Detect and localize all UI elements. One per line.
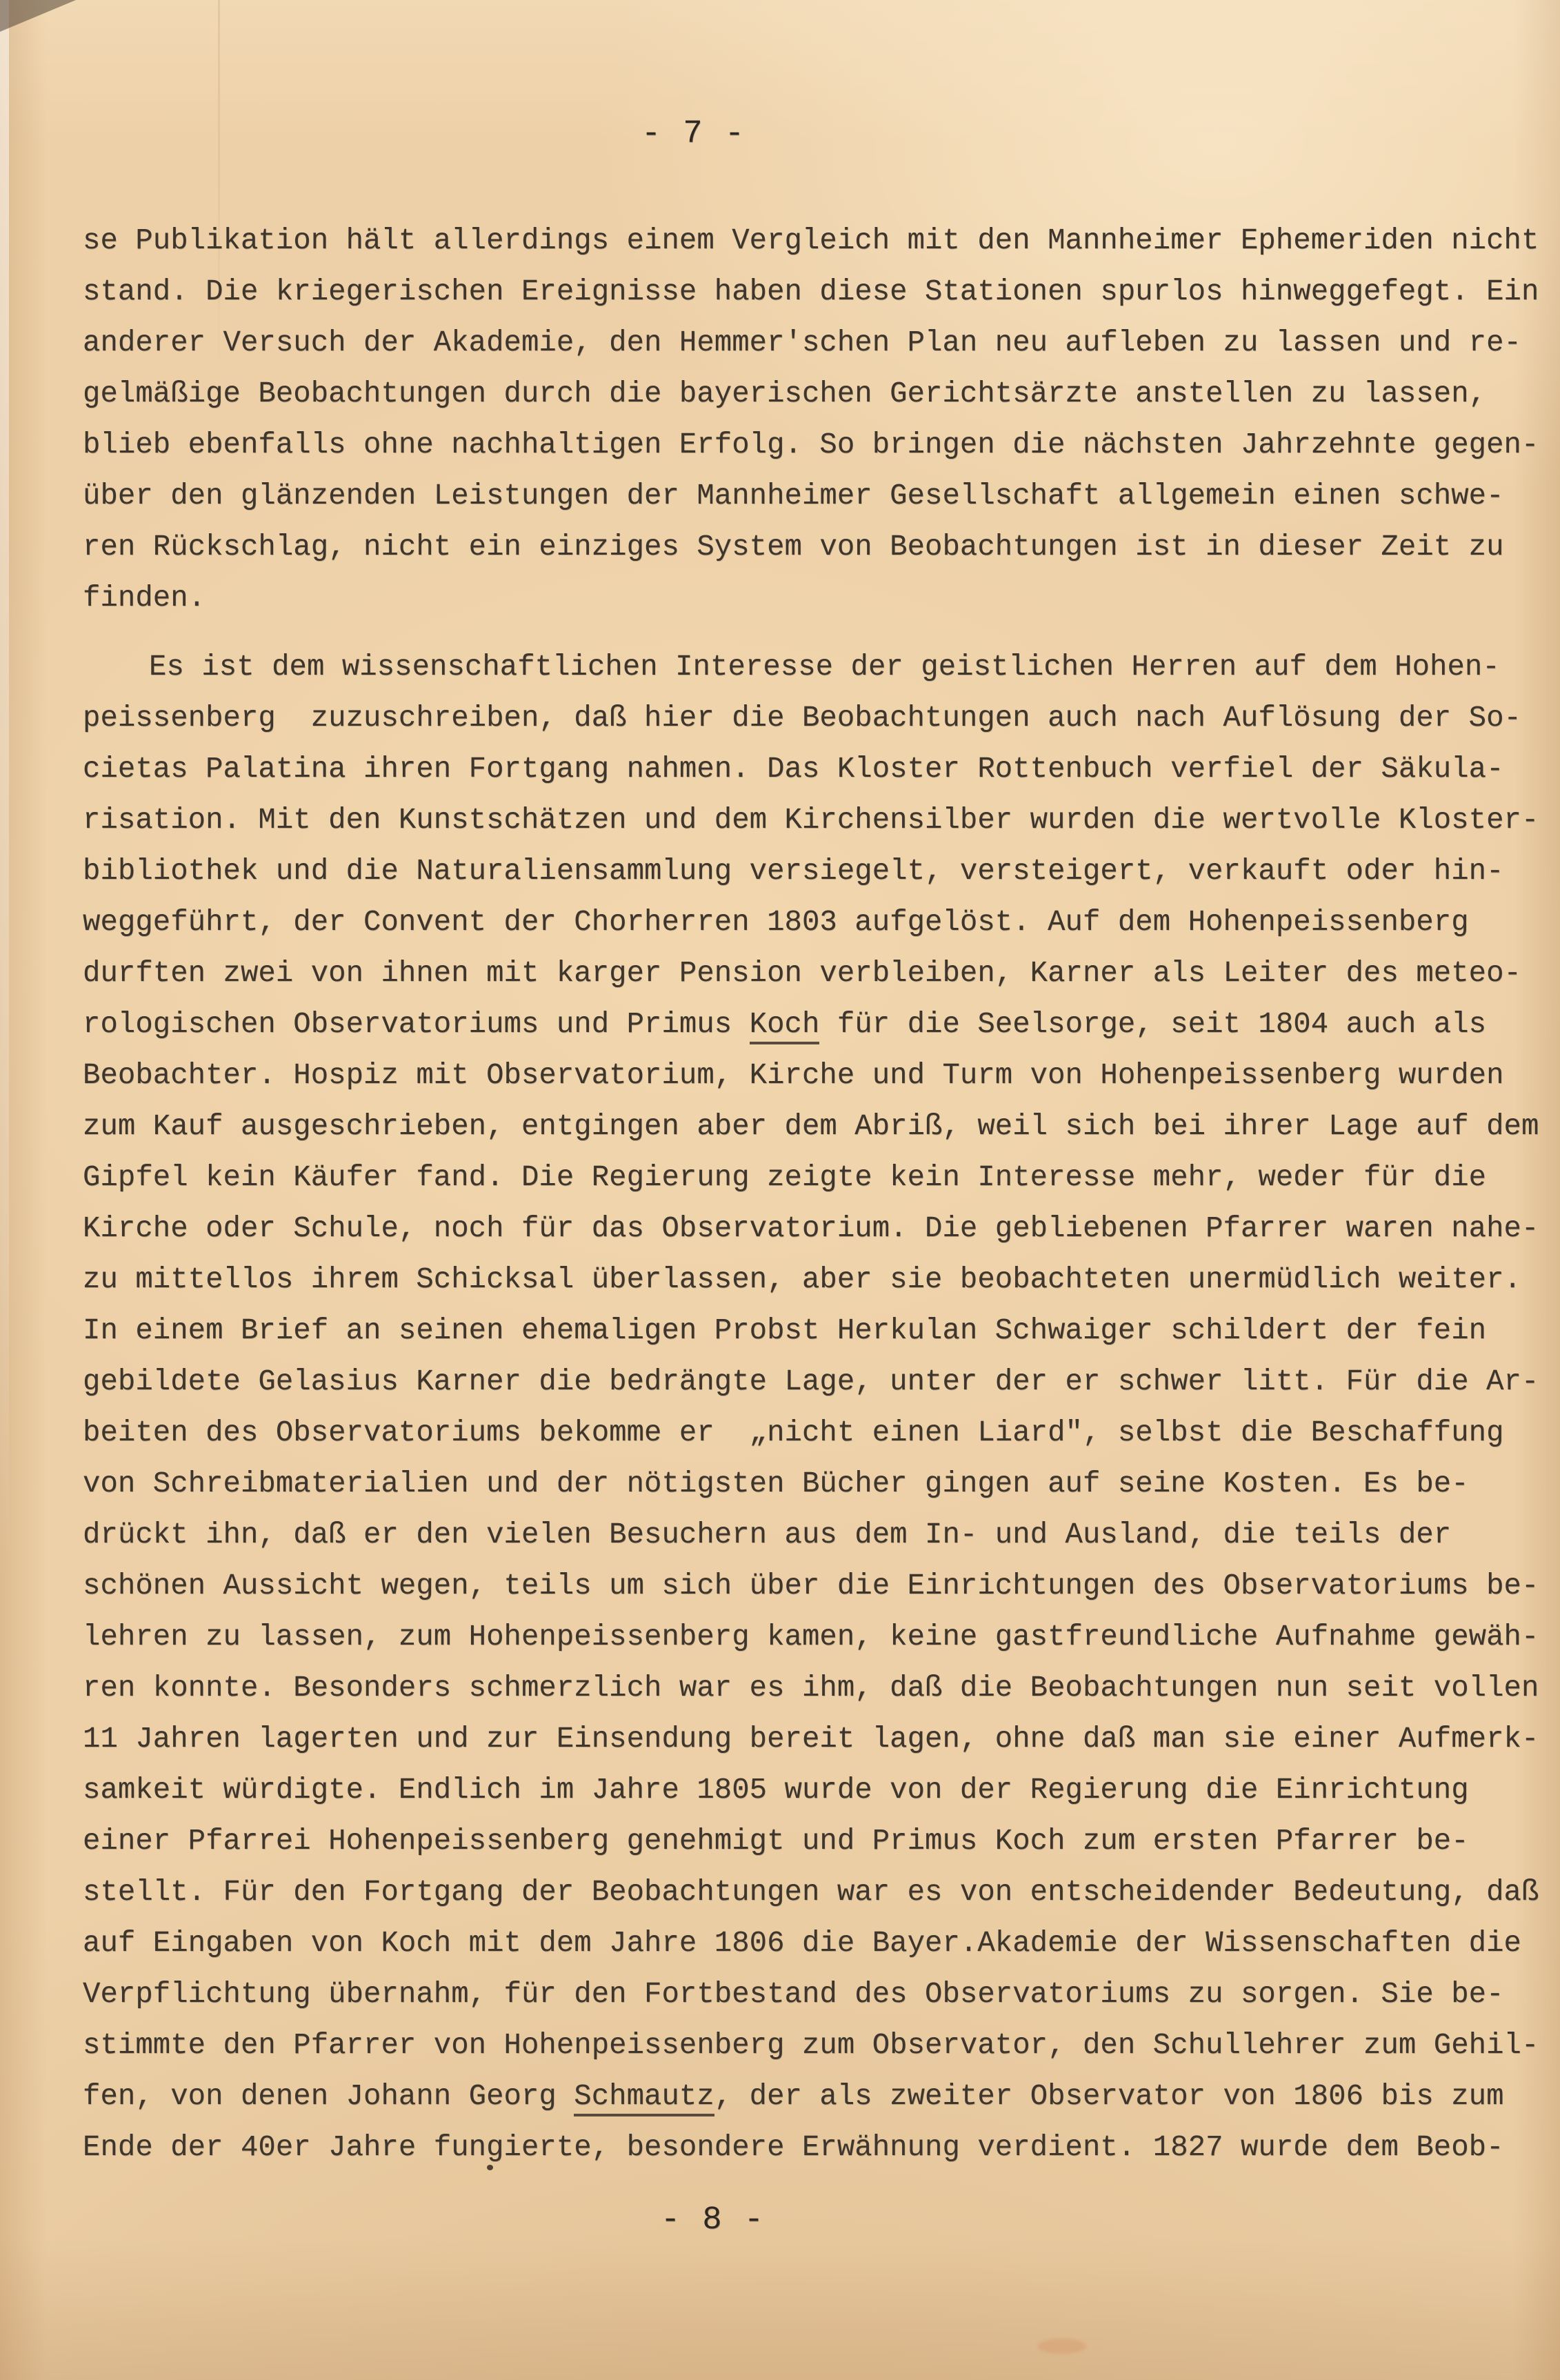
text-line: von Schreibmaterialien und der nötigsten…: [83, 1458, 1545, 1509]
text-line: zu mittellos ihrem Schicksal überlassen,…: [83, 1254, 1545, 1305]
text-line: beiten des Observatoriums bekomme er „ni…: [83, 1407, 1545, 1458]
page-number-bottom: - 8 -: [661, 2202, 765, 2239]
text-line: samkeit würdigte. Endlich im Jahre 1805 …: [83, 1765, 1545, 1816]
text-line: einer Pfarrei Hohenpeissenberg genehmigt…: [83, 1816, 1545, 1867]
text-line: gelmäßige Beobachtungen durch die bayeri…: [83, 368, 1545, 419]
text-line: über den glänzenden Leistungen der Mannh…: [83, 470, 1545, 522]
text-line: anderer Versuch der Akademie, den Hemmer…: [83, 317, 1545, 368]
text-line: finden.: [83, 573, 1545, 624]
text-line: cietas Palatina ihren Fortgang nahmen. D…: [83, 744, 1545, 795]
text-line: Es ist dem wissenschaftlichen Interesse …: [83, 642, 1545, 693]
text-line: Kirche oder Schule, noch für das Observa…: [83, 1203, 1545, 1254]
text-line: fen, von denen Johann Georg Schmautz, de…: [83, 2071, 1545, 2122]
text-line: rologischen Observatoriums und Primus Ko…: [83, 999, 1545, 1050]
text-line: Verpflichtung übernahm, für den Fortbest…: [83, 1969, 1545, 2020]
text-line: stellt. Für den Fortgang der Beobachtung…: [83, 1867, 1545, 1918]
page-number-top: - 7 -: [641, 116, 746, 152]
text-line: blieb ebenfalls ohne nachhaltigen Erfolg…: [83, 419, 1545, 470]
underlined-text: Schmautz: [574, 2080, 714, 2116]
text-line: durften zwei von ihnen mit karger Pensio…: [83, 948, 1545, 999]
document-text: se Publikation hält allerdings einem Ver…: [83, 215, 1545, 2173]
text-line: auf Eingaben von Koch mit dem Jahre 1806…: [83, 1918, 1545, 1969]
text-line: peissenberg zuzuschreiben, daß hier die …: [83, 693, 1545, 744]
text-line: Beobachter. Hospiz mit Observatorium, Ki…: [83, 1050, 1545, 1101]
text-line: Gipfel kein Käufer fand. Die Regierung z…: [83, 1152, 1545, 1203]
text-line: stand. Die kriegerischen Ereignisse habe…: [83, 266, 1545, 317]
text-line: weggeführt, der Convent der Chorherren 1…: [83, 897, 1545, 948]
paragraph: se Publikation hält allerdings einem Ver…: [83, 215, 1545, 624]
paper-stain: [1038, 2339, 1086, 2354]
text-line: ren Rückschlag, nicht ein einziges Syste…: [83, 522, 1545, 573]
page-corner-shadow: [0, 0, 76, 32]
text-line: 11 Jahren lagerten und zur Einsendung be…: [83, 1714, 1545, 1765]
text-line: zum Kauf ausgeschrieben, entgingen aber …: [83, 1101, 1545, 1152]
text-line: schönen Aussicht wegen, teils um sich üb…: [83, 1560, 1545, 1612]
text-line: In einem Brief an seinen ehemaligen Prob…: [83, 1305, 1545, 1356]
text-line: ren konnte. Besonders schmerzlich war es…: [83, 1663, 1545, 1714]
text-line: se Publikation hält allerdings einem Ver…: [83, 215, 1545, 266]
text-line: stimmte den Pfarrer von Hohenpeissenberg…: [83, 2020, 1545, 2071]
underlined-text: Koch: [750, 1008, 820, 1044]
text-line: bibliothek und die Naturaliensammlung ve…: [83, 846, 1545, 897]
text-line: drückt ihn, daß er den vielen Besuchern …: [83, 1509, 1545, 1560]
text-line: risation. Mit den Kunstschätzen und dem …: [83, 795, 1545, 846]
text-line: gebildete Gelasius Karner die bedrängte …: [83, 1356, 1545, 1407]
scanned-page: - 7 - se Publikation hält allerdings ein…: [0, 0, 1560, 2380]
scan-edge-highlight: [0, 0, 9, 1587]
text-line: Ende der 40er Jahre fungierte, besondere…: [83, 2122, 1545, 2173]
text-line: lehren zu lassen, zum Hohenpeissenberg k…: [83, 1612, 1545, 1663]
paragraph: Es ist dem wissenschaftlichen Interesse …: [83, 642, 1545, 2173]
